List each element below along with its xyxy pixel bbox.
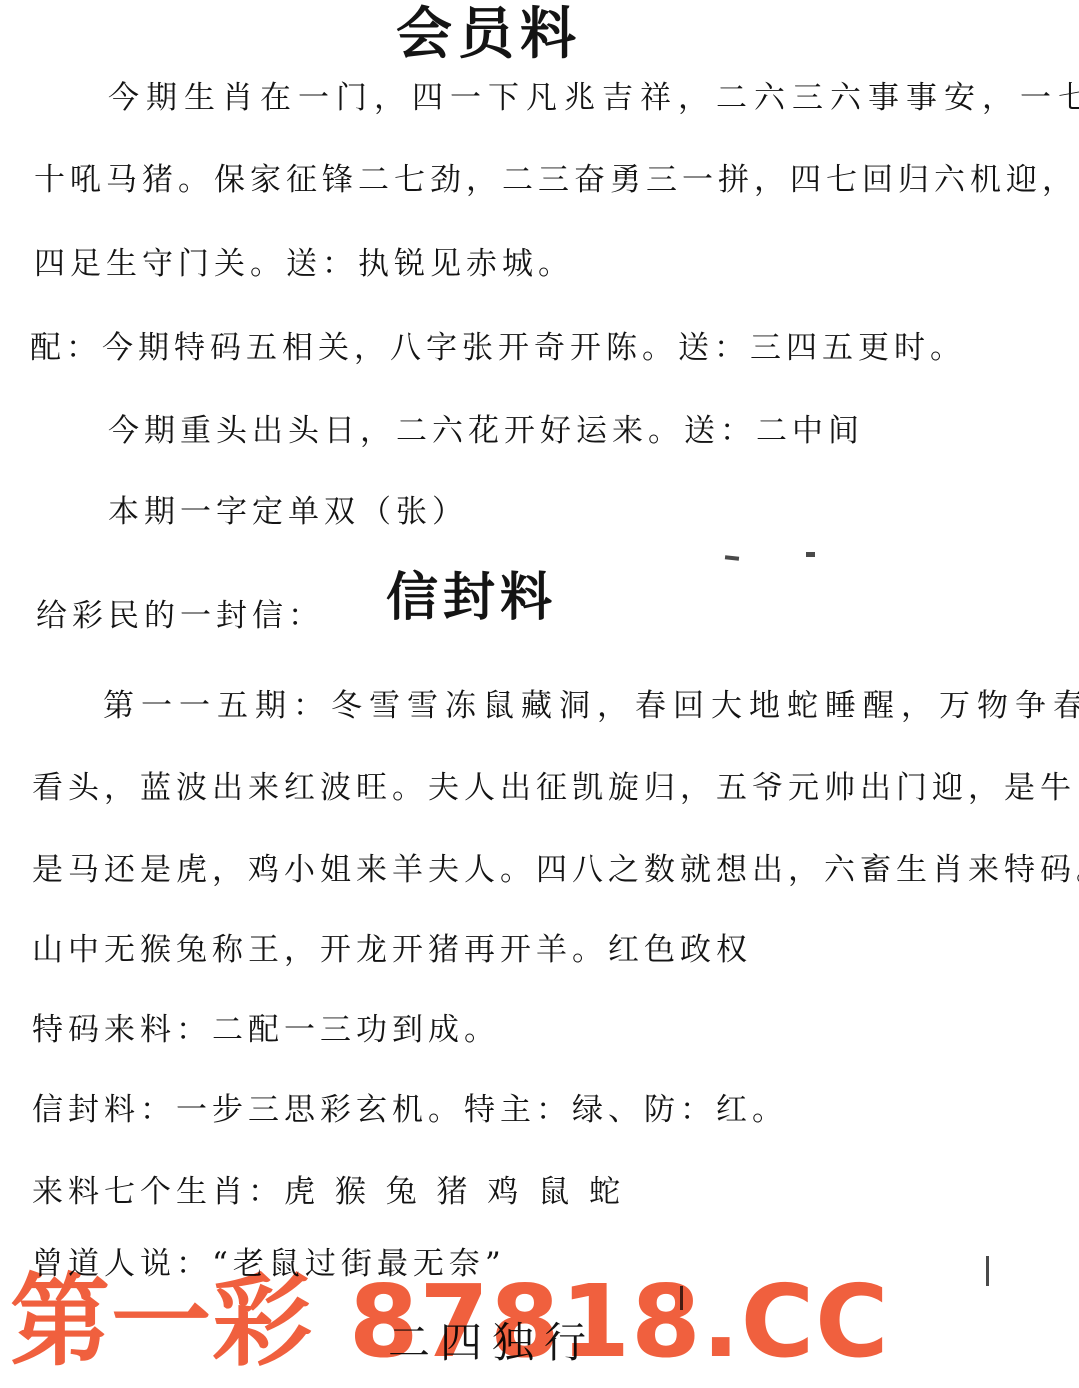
member-line-4: 配：今期特码五相关，八字张开奇开陈。送：三四五更时。 [30,330,966,367]
scan-artifact-dash [806,552,815,557]
envelope-line-4: 山中无猴兔称王，开龙开猪再开羊。红色政权 [32,932,752,969]
envelope-section-title: 信封料 [386,572,557,624]
envelope-intro-label: 给彩民的一封信： [36,598,324,635]
envelope-line-7: 来料七个生肖：虎 猴 兔 猪 鸡 鼠 蛇 [32,1174,625,1211]
envelope-line-3: 是马还是虎，鸡小姐来羊夫人。四八之数就想出，六畜生肖来特码。 [32,852,1079,889]
member-section-title: 会员料 [396,6,582,62]
member-line-5: 今期重头出头日，二六花开好运来。送：二中间 [108,413,864,450]
member-line-6: 本期一字定单双（张） [108,494,468,531]
scan-artifact-tick [986,1256,989,1286]
envelope-line-5: 特码来料：二配一三功到成。 [32,1012,500,1049]
scan-artifact-dash [725,555,739,560]
site-watermark: 第一彩 87818.CC [10,1272,889,1372]
scanned-document-page: 会员料 今期生肖在一门，四一下凡兆吉祥，二六三六事事安，一七三 十吼马猪。保家征… [0,0,1079,1388]
member-line-2: 十吼马猪。保家征锋二七劲，二三奋勇三一拼，四七回归六机迎， [34,162,1078,199]
member-line-1: 今期生肖在一门，四一下凡兆吉祥，二六三六事事安，一七三 [108,80,1079,117]
envelope-line-6: 信封料：一步三思彩玄机。特主：绿、防：红。 [32,1092,788,1129]
envelope-line-2: 看头，蓝波出来红波旺。夫人出征凯旋归，五爷元帅出门迎，是牛 [32,770,1076,807]
member-line-3: 四足生守门关。送：执锐见赤城。 [34,246,574,283]
envelope-line-1: 第一一五期：冬雪雪冻鼠藏洞，春回大地蛇睡醒，万物争春有 [103,688,1079,725]
